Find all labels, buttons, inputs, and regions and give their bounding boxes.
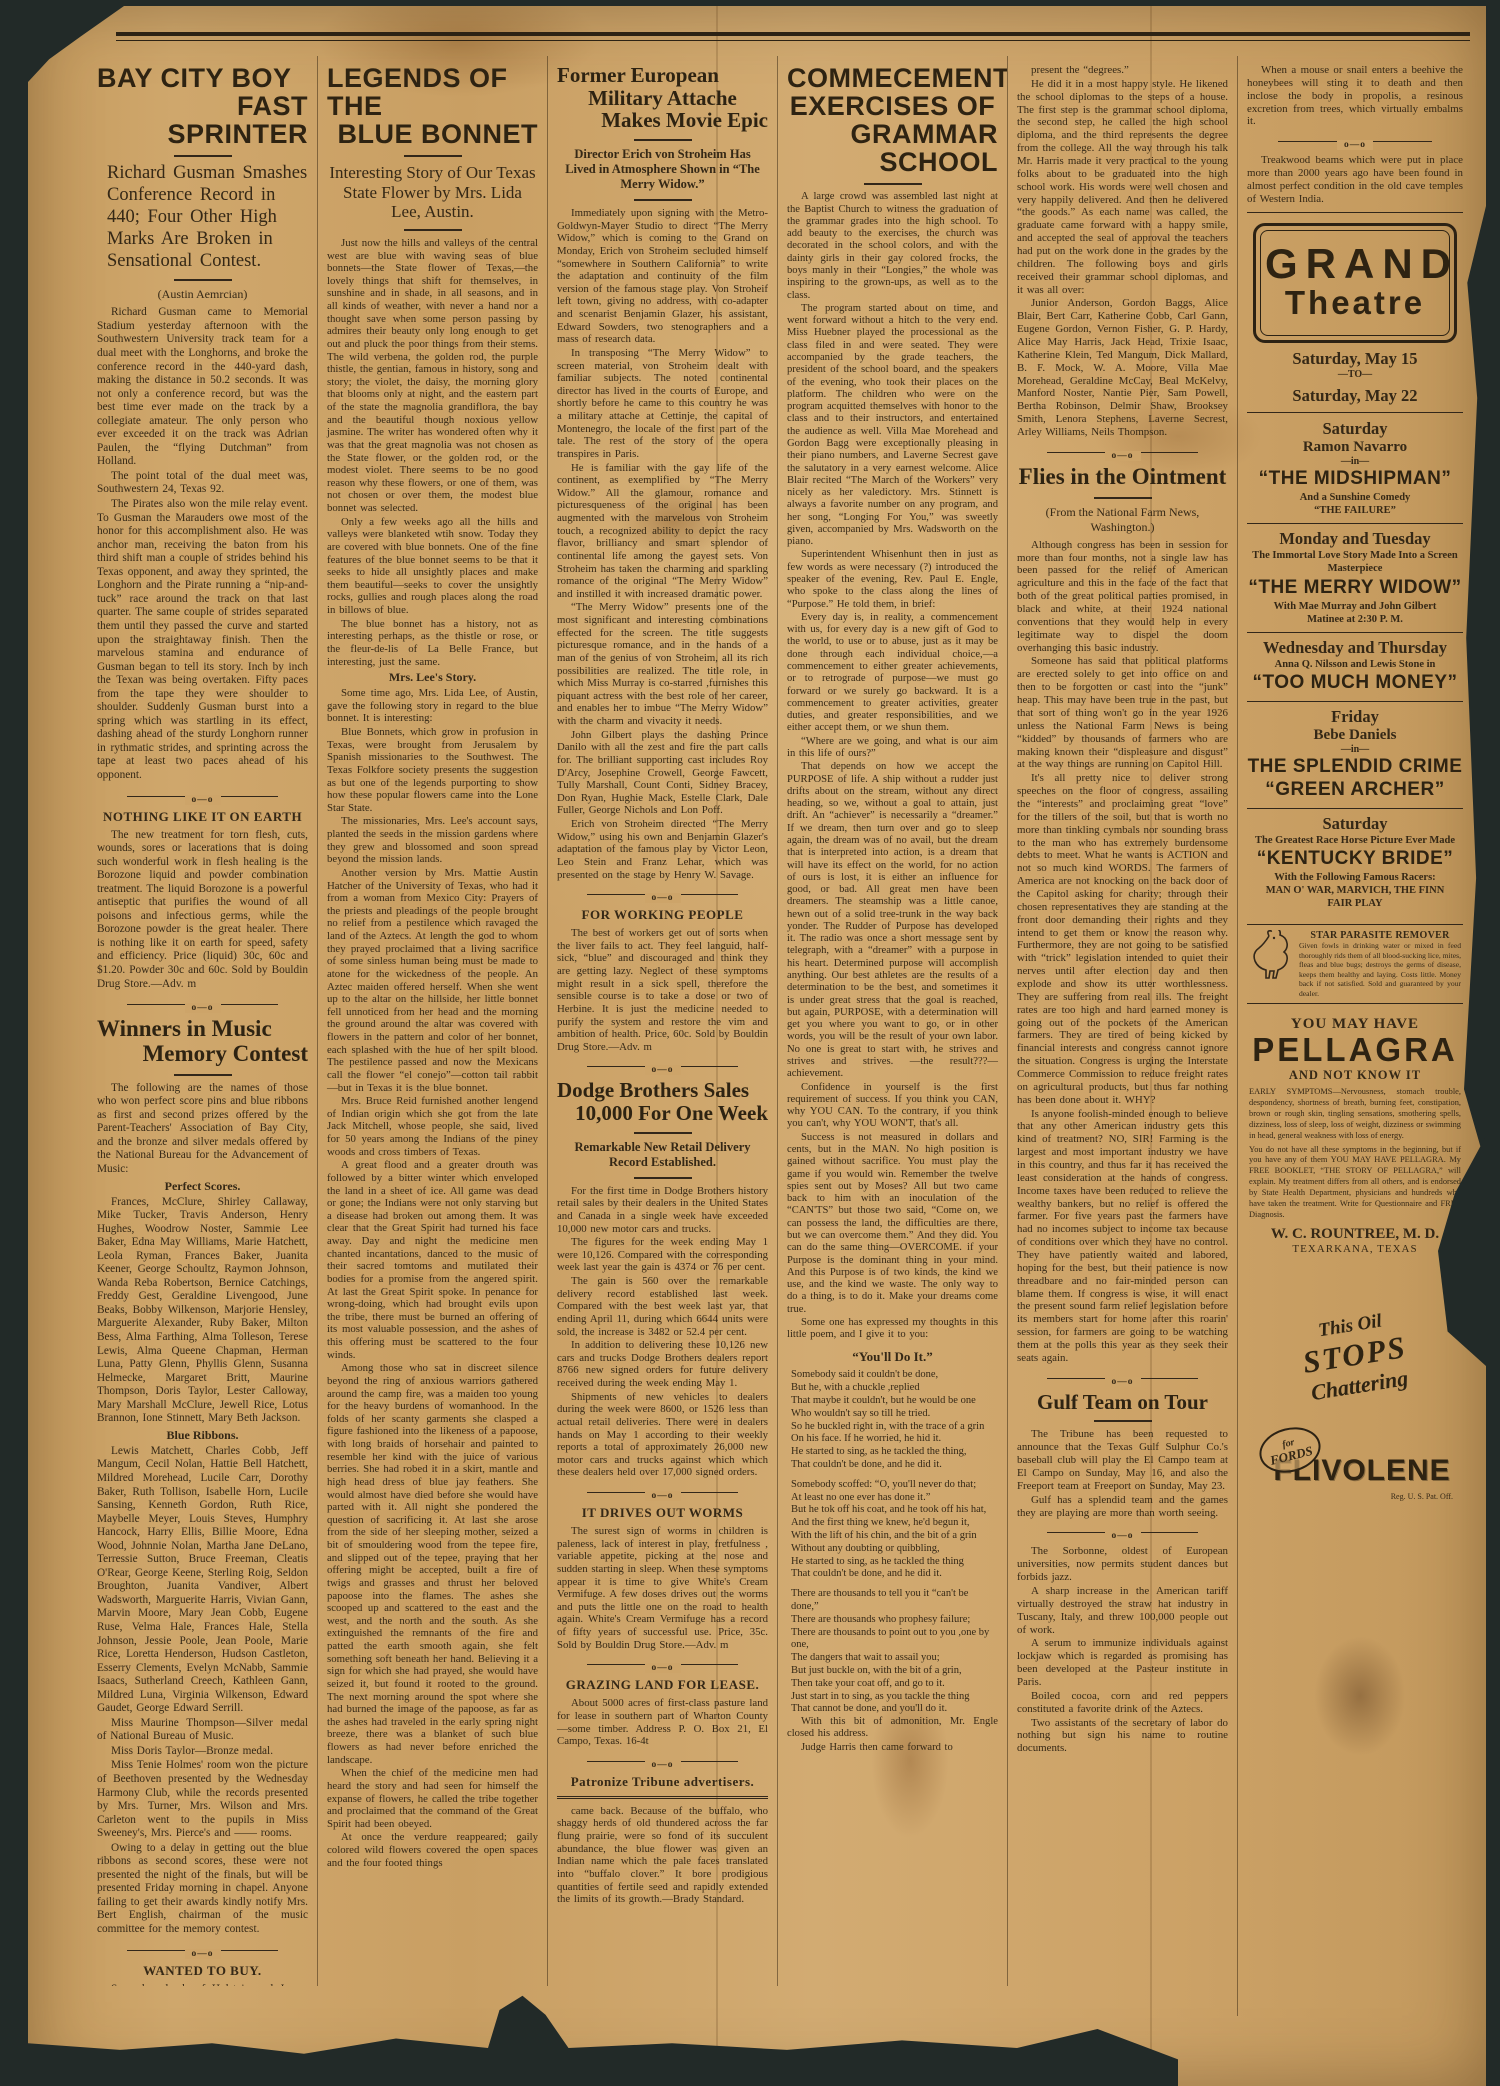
headline-line: 10,000 For One Week — [557, 1102, 768, 1125]
ad-herbine: FOR WORKING PEOPLE The best of workers g… — [557, 907, 768, 1053]
show-star: Ramon Navarro — [1247, 439, 1463, 456]
paragraph: Every day is, in reality, a commencement… — [787, 612, 998, 735]
headline-rule — [174, 1074, 232, 1076]
poem-line: The dangers that wait to assail you; — [787, 1652, 998, 1665]
article-commencement: COMMECEMENT EXERCISES OF GRAMMAR SCHOOL … — [787, 64, 998, 1754]
poem-line: But just buckle on, with the bit of a gr… — [787, 1665, 998, 1678]
headline-rule — [404, 155, 462, 157]
article-body: Miss Maurine Thompson—Silver medal of Na… — [97, 1717, 308, 1937]
paragraph: Richard Gusman came to Memorial Stadium … — [97, 306, 308, 469]
ad-rule — [1247, 212, 1463, 213]
poem-title: “You'll Do It.” — [787, 1349, 998, 1365]
paragraph: The blue bonnet has a history, not as in… — [327, 618, 538, 669]
paragraph: Someone has said that political platform… — [1017, 655, 1228, 771]
trademark-note: Reg. U. S. Pat. Off. — [1261, 1492, 1453, 1501]
headline-line: Former European — [557, 64, 768, 87]
poem-line: He started to sing, as he tackled the th… — [787, 1446, 998, 1459]
show-title: “TOO MUCH MONEY” — [1247, 672, 1463, 694]
ad-star-parasite-remover: STAR PARASITE REMOVER Given fowls in dri… — [1247, 924, 1463, 1004]
doctor-name: W. C. ROUNTREE, M. D. — [1249, 1226, 1461, 1243]
show-day: Saturday — [1247, 814, 1463, 834]
show-conjunction: —in— — [1247, 744, 1463, 755]
article-body: The following are the names of those who… — [97, 1082, 308, 1177]
headline: Flies in the Ointment — [1017, 465, 1228, 490]
paragraph: Is anyone foolish-minded enough to belie… — [1017, 1108, 1228, 1365]
article-body: Although congress has been in session fo… — [1017, 539, 1228, 1365]
article-body: Some time ago, Mrs. Lida Lee, of Austin,… — [327, 687, 538, 1869]
article-body: Immediately upon signing with the Metro-… — [557, 207, 768, 881]
newspaper-page: BAY CITY BOY FAST SPRINTER Richard Gusma… — [28, 6, 1486, 2086]
news-briefs: The Sorbonne, oldest of European univers… — [1017, 1545, 1228, 1755]
theatre-name: GRAND — [1265, 243, 1445, 285]
headline-line: COMMECEMENT — [787, 64, 998, 92]
section-divider — [573, 1657, 752, 1672]
show-note: The Greatest Race Horse Picture Ever Mad… — [1247, 834, 1463, 847]
column-1: BAY CITY BOY FAST SPRINTER Richard Gusma… — [88, 56, 318, 1986]
poem-line: On his face. If he worried, he hid it. — [787, 1433, 998, 1446]
show-cast: With Mae Murray and John Gilbert — [1247, 600, 1463, 613]
paragraph: For the first time in Dodge Brothers his… — [557, 1185, 768, 1236]
column-4: COMMECEMENT EXERCISES OF GRAMMAR SCHOOL … — [778, 56, 1008, 1986]
poem-line: There are thousands to tell you it “can'… — [787, 1588, 998, 1614]
section-divider — [1033, 1371, 1212, 1386]
headline-line: Makes Movie Epic — [557, 109, 768, 132]
poem-line: Then take your coat off, and go to it. — [787, 1678, 998, 1691]
poem-line: Somebody scoffed: “O, you'll never do th… — [787, 1479, 998, 1492]
paragraph: A great flood and a greater drouth was f… — [327, 1159, 538, 1361]
ad-heading: FOR WORKING PEOPLE — [557, 907, 768, 923]
paragraph: With this bit of admonition, Mr. Engle c… — [787, 1716, 998, 1741]
commencement-continuation: present the “degrees.”He did it in a mos… — [1017, 64, 1228, 439]
ad-title: PELLAGRA — [1249, 1033, 1461, 1068]
dateline: (Austin Aemrcian) — [97, 287, 308, 302]
grand-theatre-frame: GRAND Theatre — [1253, 223, 1457, 343]
paragraph: Mrs. Bruce Reid furnished another lengen… — [327, 1095, 538, 1158]
headline-line: BAY CITY BOY — [97, 64, 308, 92]
rooster-icon — [1249, 930, 1293, 982]
ad-body: The new treatment for torn flesh, cuts, … — [97, 829, 308, 992]
paragraph: The Pirates also won the mile relay even… — [97, 498, 308, 782]
paragraph: He did it in a most happy style. He like… — [1017, 78, 1228, 297]
doctor-city: TEXARKANA, TEXAS — [1249, 1243, 1461, 1255]
ad-text: STAR PARASITE REMOVER Given fowls in dri… — [1299, 930, 1461, 998]
article-dodge-sales: Dodge Brothers Sales 10,000 For One Week… — [557, 1079, 768, 1479]
article-body: A large crowd was assembled last night a… — [787, 191, 998, 1341]
article-body: Richard Gusman came to Memorial Stadium … — [97, 306, 308, 782]
article-gulf-team: Gulf Team on Tour The Tribune has been r… — [1017, 1391, 1228, 1520]
patronize-notice: Patronize Tribune advertisers. — [557, 1774, 768, 1790]
paragraph: The surest sign of worms in children is … — [557, 1525, 768, 1651]
masthead-rule-thin — [116, 40, 1470, 41]
paragraph: Junior Anderson, Gordon Baggs, Alice Bla… — [1017, 297, 1228, 438]
poem-line: There are thousands to point out to you … — [787, 1627, 998, 1653]
paragraph: “The Merry Widow” presents one of the mo… — [557, 601, 768, 727]
paragraph: Shipments of new vehicles to dealers dur… — [557, 1391, 768, 1479]
paragraph: Just now the hills and valleys of the ce… — [327, 237, 538, 515]
paragraph: Among those who sat in discreet silence … — [327, 1362, 538, 1766]
paragraph: The new treatment for torn flesh, cuts, … — [97, 829, 308, 992]
show-cast: Anna Q. Nilsson and Lewis Stone in — [1247, 658, 1463, 671]
ad-heading: GRAZING LAND FOR LEASE. — [557, 1677, 768, 1693]
paragraph: The following are the names of those who… — [97, 1082, 308, 1177]
paragraph: Owing to a delay in getting out the blue… — [97, 1842, 308, 1937]
poem-line: He started to sing, as he tackled the th… — [787, 1556, 998, 1569]
ad-pellagra: YOU MAY HAVE PELLAGRA AND NOT KNOW IT EA… — [1247, 1016, 1463, 1255]
paragraph: Gulf has a splendid team and the games t… — [1017, 1494, 1228, 1520]
headline-line: FAST SPRINTER — [97, 92, 308, 148]
paragraph: The gain is 560 over the remarkable deli… — [557, 1275, 768, 1338]
headline-rule — [634, 199, 692, 201]
paragraph: Judge Harris then came forward to — [787, 1742, 998, 1754]
ad-line: AND NOT KNOW IT — [1249, 1068, 1461, 1083]
run-date-start: Saturday, May 15 — [1247, 349, 1463, 369]
paragraph: Only a few weeks ago all the hills and v… — [327, 516, 538, 617]
poem-line — [787, 1472, 998, 1479]
article-merry-widow: Former European Military Attache Makes M… — [557, 64, 768, 881]
paragraph: John Gilbert plays the dashing Prince Da… — [557, 729, 768, 817]
section-divider — [573, 1485, 752, 1500]
paragraph: Miss Tenie Holmes' room won the picture … — [97, 1759, 308, 1840]
paragraph: A serum to immunize individuals against … — [1017, 1637, 1228, 1688]
article-body: The Tribune has been requested to announ… — [1017, 1428, 1228, 1519]
article-body: For the first time in Dodge Brothers his… — [557, 1185, 768, 1479]
paragraph: The Tribune has been requested to announ… — [1017, 1428, 1228, 1492]
headline: Gulf Team on Tour — [1017, 1391, 1228, 1414]
subhead: Richard Gusman Smashes Conference Record… — [97, 163, 308, 272]
paragraph: It's all pretty nice to deliver strong s… — [1017, 772, 1228, 1106]
poem-line: There are thousands who prophesy failure… — [787, 1614, 998, 1627]
sub-section-heading: Mrs. Lee's Story. — [327, 670, 538, 685]
theatre-name: Theatre — [1265, 285, 1445, 321]
paragraph: Some one has expressed my thoughts in th… — [787, 1317, 998, 1342]
show-day: Wednesday and Thursday — [1247, 638, 1463, 658]
headline-rule — [174, 279, 232, 281]
headline-line: BLUE BONNET — [327, 120, 538, 148]
column-rule — [557, 1796, 768, 1799]
paragraph: The Sorbonne, oldest of European univers… — [1017, 1545, 1228, 1584]
headline-line: Winners in Music — [97, 1017, 308, 1042]
show-title: “THE MIDSHIPMAN” — [1247, 468, 1463, 490]
paragraph: Immediately upon signing with the Metro-… — [557, 207, 768, 346]
paragraph: The best of workers get out of sorts whe… — [557, 927, 768, 1053]
ad-oil-stops-chattering: This Oil STOPS Chattering — [1262, 1302, 1449, 1412]
poem-line — [787, 1581, 998, 1588]
poem: Somebody said it couldn't be done,But he… — [787, 1369, 998, 1716]
paragraph: Success is not measured in dollars and c… — [787, 1132, 998, 1316]
paragraph: Boiled cocoa, corn and red peppers const… — [1017, 1690, 1228, 1716]
ad-rule — [1247, 412, 1463, 413]
show-conjunction: —in— — [1247, 456, 1463, 467]
article-music-winners: Winners in Music Memory Contest The foll… — [97, 1017, 308, 1936]
subhead: Interesting Story of Our Texas State Flo… — [329, 163, 536, 222]
paragraph: Several carloads of Holstein and Jersey … — [97, 1983, 308, 1986]
ad-body: Several carloads of Holstein and Jersey … — [97, 1983, 308, 1986]
paragraph: A large crowd was assembled last night a… — [787, 191, 998, 302]
poem-line: Just start in to sing, as you tackle the… — [787, 1691, 998, 1704]
poem-line: But he tok off his coat, and he took off… — [787, 1504, 998, 1517]
paragraph: Erich von Stroheim directed “The Merry W… — [557, 818, 768, 881]
poem-line: And the first thing we knew, he'd begun … — [787, 1517, 998, 1530]
masthead-rule — [116, 32, 1470, 36]
show-star: Bebe Daniels — [1247, 727, 1463, 744]
paragraph: He is familiar with the gay life of the … — [557, 462, 768, 601]
paragraph: When the chief of the medicine men had h… — [327, 1767, 538, 1830]
paragraph: Blue Bonnets, which grow in profusion in… — [327, 726, 538, 814]
poem-line: That couldn't be done, and he did it. — [787, 1568, 998, 1581]
headline-rule — [634, 1132, 692, 1134]
paragraph: Miss Doris Taylor—Bronze medal. — [97, 1745, 308, 1759]
ad-borozone: NOTHING LIKE IT ON EARTH The new treatme… — [97, 809, 308, 992]
section-divider — [1263, 134, 1447, 149]
paragraph: In transposing “The Merry Widow” to scre… — [557, 347, 768, 461]
ad-heading: WANTED TO BUY. — [97, 1963, 308, 1979]
show-cast: With the Following Famous Racers: — [1247, 871, 1463, 884]
ad-body: The best of workers get out of sorts whe… — [557, 927, 768, 1053]
list-heading: Blue Ribbons. — [97, 1428, 308, 1443]
poem-line: That cannot be done, and you'll do it. — [787, 1703, 998, 1716]
list-heading: Perfect Scores. — [97, 1179, 308, 1194]
show-title: “KENTUCKY BRIDE” — [1247, 848, 1463, 870]
show-day: Monday and Tuesday — [1247, 529, 1463, 549]
grand-theatre-nameplate: GRAND Theatre — [1260, 230, 1450, 336]
section-divider — [573, 1059, 752, 1074]
ad-wanted-to-buy: WANTED TO BUY. Several carloads of Holst… — [97, 1963, 308, 1986]
article-bay-city-boy: BAY CITY BOY FAST SPRINTER Richard Gusma… — [97, 64, 308, 783]
ad-grazing-land: GRAZING LAND FOR LEASE. About 5000 acres… — [557, 1677, 768, 1748]
section-divider — [113, 1943, 292, 1958]
column-5: present the “degrees.”He did it in a mos… — [1008, 56, 1238, 2016]
run-date-end: Saturday, May 22 — [1247, 386, 1463, 406]
paragraph: The figures for the week ending May 1 we… — [557, 1236, 768, 1274]
headline-line: Dodge Brothers Sales — [557, 1079, 768, 1102]
ad-heading: STAR PARASITE REMOVER — [1299, 930, 1461, 941]
poem-line: So he buckled right in, with the trace o… — [787, 1421, 998, 1434]
show-title: “GREEN ARCHER” — [1247, 779, 1463, 801]
show-saturday-1: Saturday Ramon Navarro —in— “THE MIDSHIP… — [1247, 419, 1463, 524]
column-layout: BAY CITY BOY FAST SPRINTER Richard Gusma… — [88, 56, 1472, 2064]
buffalo-fragment: came back. Because of the buffalo, who s… — [557, 1805, 768, 1906]
section-divider — [573, 887, 752, 902]
show-title: “THE MERRY WIDOW” — [1247, 577, 1463, 599]
show-second-title: “THE FAILURE” — [1247, 504, 1463, 517]
section-divider — [1033, 1525, 1212, 1540]
paragraph: Miss Maurine Thompson—Silver medal of Na… — [97, 1717, 308, 1744]
column-6-ads: When a mouse or snail enters a beehive t… — [1238, 56, 1472, 2064]
poem-line: That maybe it couldn't, but he would be … — [787, 1395, 998, 1408]
column-2: LEGENDS OF THE BLUE BONNET Interesting S… — [318, 56, 548, 1986]
article-flies-ointment: Flies in the Ointment (From the National… — [1017, 465, 1228, 1365]
news-brief: Treakwood beams which were put in place … — [1247, 154, 1463, 205]
article-body: Just now the hills and valleys of the ce… — [327, 237, 538, 668]
paragraph: In addition to delivering these 10,126 n… — [557, 1339, 768, 1390]
show-day: Friday — [1247, 707, 1463, 727]
show-racers: MAN O' WAR, MARVICH, THE FINN — [1247, 884, 1463, 897]
paragraph: Another version by Mrs. Mattie Austin Ha… — [327, 867, 538, 1094]
paragraph: Some time ago, Mrs. Lida Lee, of Austin,… — [327, 687, 538, 725]
show-friday: Friday Bebe Daniels —in— THE SPLENDID CR… — [1247, 707, 1463, 809]
headline-line: LEGENDS OF THE — [327, 64, 538, 120]
show-note: The Immortal Love Story Made Into a Scre… — [1247, 549, 1463, 575]
show-day: Saturday — [1247, 419, 1463, 439]
paragraph: Although congress has been in session fo… — [1017, 539, 1228, 655]
paragraph: That depends on how we accept the PURPOS… — [787, 761, 998, 1080]
ad-flivolene: for FORDS FLIVOLENE Reg. U. S. Pat. Off. — [1261, 1454, 1463, 1501]
ad-body: About 5000 acres of first-class pasture … — [557, 1697, 768, 1748]
headline-rule — [864, 183, 922, 185]
ad-heading: IT DRIVES OUT WORMS — [557, 1505, 768, 1521]
show-note: And a Sunshine Comedy — [1247, 491, 1463, 504]
kicker: Remarkable New Retail Delivery Record Es… — [563, 1140, 762, 1170]
dateline: (From the National Farm News, Washington… — [1017, 505, 1228, 535]
paragraph: A sharp increase in the American tariff … — [1017, 1585, 1228, 1636]
names-list: Frances, McClure, Shirley Callaway, Mike… — [97, 1196, 308, 1426]
poem-line: That couldn't be done, and he did it. — [787, 1459, 998, 1472]
paragraph: At once the verdure reappeared; gaily co… — [327, 1831, 538, 1869]
names-list: Lewis Matchett, Charles Cobb, Jeff Mangu… — [97, 1445, 308, 1716]
headline-line: GRAMMAR SCHOOL — [787, 120, 998, 176]
show-wednesday-thursday: Wednesday and Thursday Anna Q. Nilsson a… — [1247, 638, 1463, 702]
headline-line: Memory Contest — [97, 1042, 308, 1067]
kicker: Director Erich von Stroheim Has Lived in… — [563, 147, 762, 192]
poem-line: Who wouldn't say so till he tried. — [787, 1408, 998, 1421]
paragraph: About 5000 acres of first-class pasture … — [557, 1697, 768, 1748]
headline-rule — [404, 229, 462, 231]
section-divider — [573, 1754, 752, 1769]
show-racers: FAIR PLAY — [1247, 897, 1463, 910]
ad-vermifuge: IT DRIVES OUT WORMS The surest sign of w… — [557, 1505, 768, 1651]
headline-rule — [1094, 1420, 1152, 1422]
paragraph: present the “degrees.” — [1017, 64, 1228, 77]
paragraph: The point total of the dual meet was, So… — [97, 470, 308, 497]
poem-line: Somebody said it couldn't be done, — [787, 1369, 998, 1382]
date-separator: —TO— — [1247, 369, 1463, 380]
ad-body: EARLY SYMPTOMS—Nervousness, stomach trou… — [1249, 1087, 1461, 1142]
headline-line: Military Attache — [557, 87, 768, 110]
article-body: With this bit of admonition, Mr. Engle c… — [787, 1716, 998, 1754]
badge-text: FORDS — [1269, 1443, 1314, 1466]
paragraph: Confidence in yourself is the first requ… — [787, 1082, 998, 1131]
show-extra: Matinee at 2:30 P. M. — [1247, 613, 1463, 626]
show-monday-tuesday: Monday and Tuesday The Immortal Love Sto… — [1247, 529, 1463, 633]
headline-rule — [634, 139, 692, 141]
headline-rule — [1094, 497, 1152, 499]
section-divider — [113, 997, 292, 1012]
show-saturday-2: Saturday The Greatest Race Horse Picture… — [1247, 814, 1463, 917]
paragraph: The missionaries, Mrs. Lee's account say… — [327, 815, 538, 866]
column-3: Former European Military Attache Makes M… — [548, 56, 778, 1986]
section-divider — [113, 789, 292, 804]
paragraph: Two assistants of the secretary of labor… — [1017, 1717, 1228, 1756]
paragraph: “Where are we going, and what is our aim… — [787, 736, 998, 761]
ad-body: You do not have all these symptoms in th… — [1249, 1145, 1461, 1221]
show-pre-title: THE SPLENDID CRIME — [1247, 756, 1463, 778]
poem-line: With the lift of his chin, and the bit o… — [787, 1530, 998, 1543]
paragraph: Superintendent Whisenhunt then in just a… — [787, 549, 998, 610]
news-brief: When a mouse or snail enters a beehive t… — [1247, 64, 1463, 128]
ad-grand-theatre: GRAND Theatre Saturday, May 15 —TO— Satu… — [1247, 223, 1463, 917]
ad-body: Given fowls in drinking water or mixed i… — [1299, 941, 1461, 998]
section-divider — [1033, 445, 1212, 460]
poem-line: But he, with a chuckle ,replied — [787, 1382, 998, 1395]
headline-line: EXERCISES OF — [787, 92, 998, 120]
headline-rule — [634, 1177, 692, 1179]
poem-line: Without any doubting or quibbling, — [787, 1543, 998, 1556]
poem-line: At least no one ever has done it.” — [787, 1492, 998, 1505]
paragraph: The program started about on time, and w… — [787, 303, 998, 549]
ad-body: The surest sign of worms in children is … — [557, 1525, 768, 1651]
headline-rule — [174, 155, 232, 157]
ad-heading: NOTHING LIKE IT ON EARTH — [97, 809, 308, 825]
article-blue-bonnet: LEGENDS OF THE BLUE BONNET Interesting S… — [327, 64, 538, 1869]
